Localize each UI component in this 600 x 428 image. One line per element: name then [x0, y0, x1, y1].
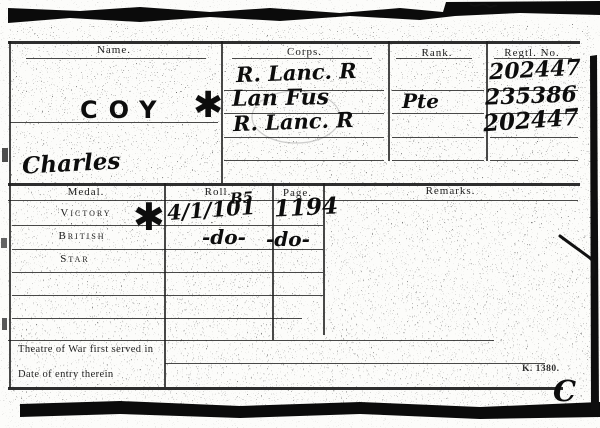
- page-entry-british-ditto: -do-: [266, 229, 310, 249]
- label-date-of-entry: Date of entry therein: [18, 369, 114, 380]
- rule-blank-row-2: [12, 318, 302, 319]
- header-rank: Rank.: [388, 47, 486, 59]
- rank-entry: Pte: [402, 91, 439, 111]
- handwritten-check-mark: C: [553, 377, 576, 406]
- rule-row2-rank: [392, 113, 484, 114]
- medal-row-star: Star: [0, 253, 150, 265]
- rule-row4-rank: [392, 160, 484, 161]
- corps-entry-2: Lan Fus: [232, 86, 329, 110]
- pen-stroke: [560, 236, 594, 277]
- rule-theatre-bottom: [165, 363, 545, 364]
- header-corps: Corps.: [221, 46, 388, 58]
- rule-row3-rank: [392, 137, 484, 138]
- page-entry-victory: 1194: [273, 194, 338, 220]
- medal-index-card: Name. Corps. Rank. Regtl. No. Medal. Rol…: [0, 0, 600, 428]
- rule-row3-corps: [224, 137, 384, 138]
- header-remarks: Remarks.: [323, 185, 578, 197]
- asterisk-mark-name: ✱: [193, 88, 223, 124]
- roll-entry-victory-superscript: B5: [230, 190, 254, 207]
- forename-entry: Charles: [21, 149, 120, 177]
- rule-name-underline: [26, 58, 206, 59]
- regtl-no-entry-1: 202447: [488, 57, 581, 84]
- print-code: K. 1380.: [522, 364, 560, 374]
- divider-corps-rank: [388, 41, 390, 161]
- regtl-no-entry-3: 202447: [482, 106, 579, 136]
- asterisk-mark-roll: ✱: [133, 198, 165, 236]
- label-theatre-of-war: Theatre of War first served in: [18, 344, 153, 355]
- rule-theatre-top: [8, 340, 494, 341]
- torn-bottom-edge: [20, 401, 600, 419]
- surname-entry: COY: [80, 98, 168, 122]
- header-name: Name.: [8, 44, 220, 56]
- rule-row4-regtl: [490, 160, 578, 161]
- rule-card-bottom: [8, 387, 563, 390]
- corps-entry-1: R. Lanc. R: [236, 60, 357, 85]
- right-edge-bar: [590, 55, 599, 410]
- rule-star-row: [12, 272, 323, 273]
- rule-row4-corps: [224, 160, 384, 161]
- rule-blank-row-1: [12, 295, 323, 296]
- roll-entry-british-ditto: -do-: [202, 227, 246, 247]
- rule-row3-regtl: [490, 137, 578, 138]
- torn-top-edge: [8, 1, 600, 23]
- corps-entry-3: R. Lanc. R: [233, 109, 354, 134]
